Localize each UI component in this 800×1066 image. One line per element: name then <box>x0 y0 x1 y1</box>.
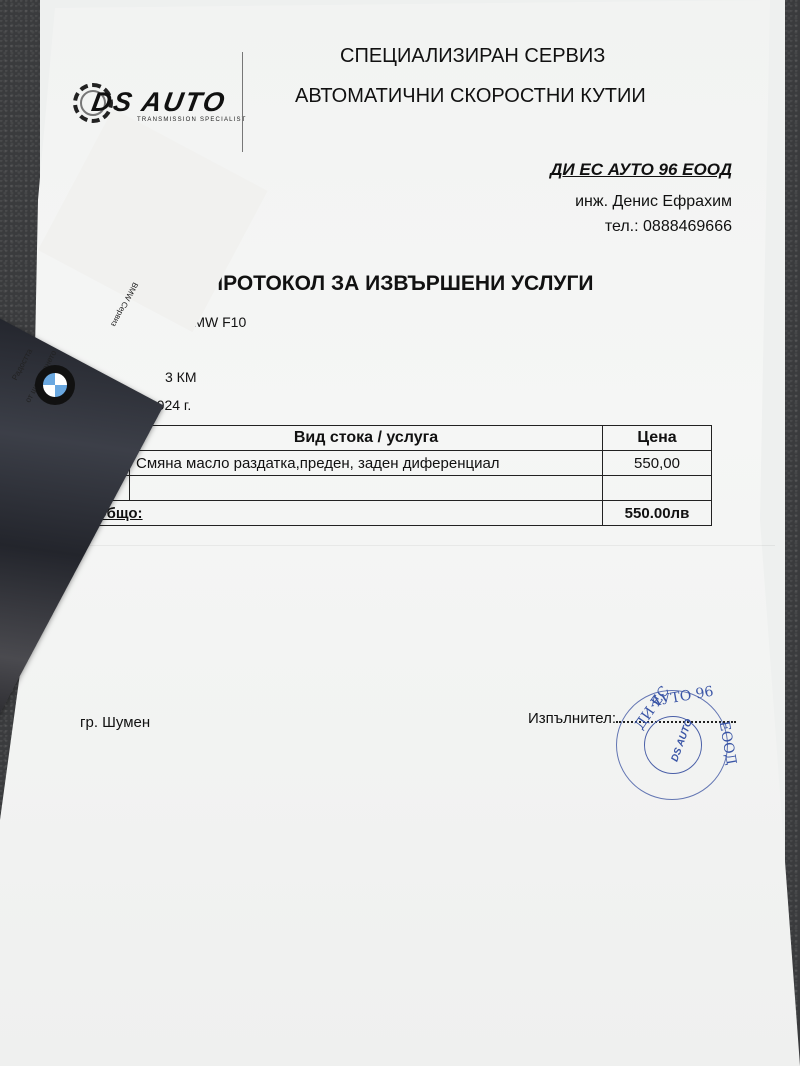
service-cell <box>130 476 603 501</box>
signer-label: Изпълнител: <box>528 710 616 727</box>
price-cell <box>603 476 712 501</box>
mileage-field: 3 КМ <box>165 369 197 385</box>
services-table: Вид стока / услуга Цена Смяна масло разд… <box>88 425 712 526</box>
company-name: ДИ ЕС АУТО 96 ЕООД <box>550 160 732 180</box>
total-value: 550.00лв <box>603 501 712 526</box>
paper-fold <box>30 545 775 546</box>
table-row <box>89 476 712 501</box>
city-label: гр. Шумен <box>80 714 150 731</box>
table-header-row: Вид стока / услуга Цена <box>89 426 712 451</box>
logo-divider <box>242 52 243 152</box>
total-label: Общо: <box>89 501 603 526</box>
heading-line1: СПЕЦИАЛИЗИРАН СЕРВИЗ <box>340 45 605 68</box>
bmw-logo-icon <box>35 365 75 405</box>
engineer-name: инж. Денис Ефрахим <box>575 193 732 211</box>
header-price: Цена <box>603 426 712 451</box>
table-row: Смяна масло раздатка,преден, заден дифер… <box>89 451 712 476</box>
price-cell: 550,00 <box>603 451 712 476</box>
document-title: ПРОТОКОЛ ЗА ИЗВЪРШЕНИ УСЛУГИ <box>208 272 594 296</box>
service-cell: Смяна масло раздатка,преден, заден дифер… <box>130 451 603 476</box>
total-row: Общо: 550.00лв <box>89 501 712 526</box>
logo-tagline: TRANSMISSION SPECIALIST <box>137 117 247 123</box>
heading-line2: АВТОМАТИЧНИ СКОРОСТНИ КУТИИ <box>295 85 646 108</box>
phone-number: тел.: 0888469666 <box>605 218 732 236</box>
header-service: Вид стока / услуга <box>130 426 603 451</box>
